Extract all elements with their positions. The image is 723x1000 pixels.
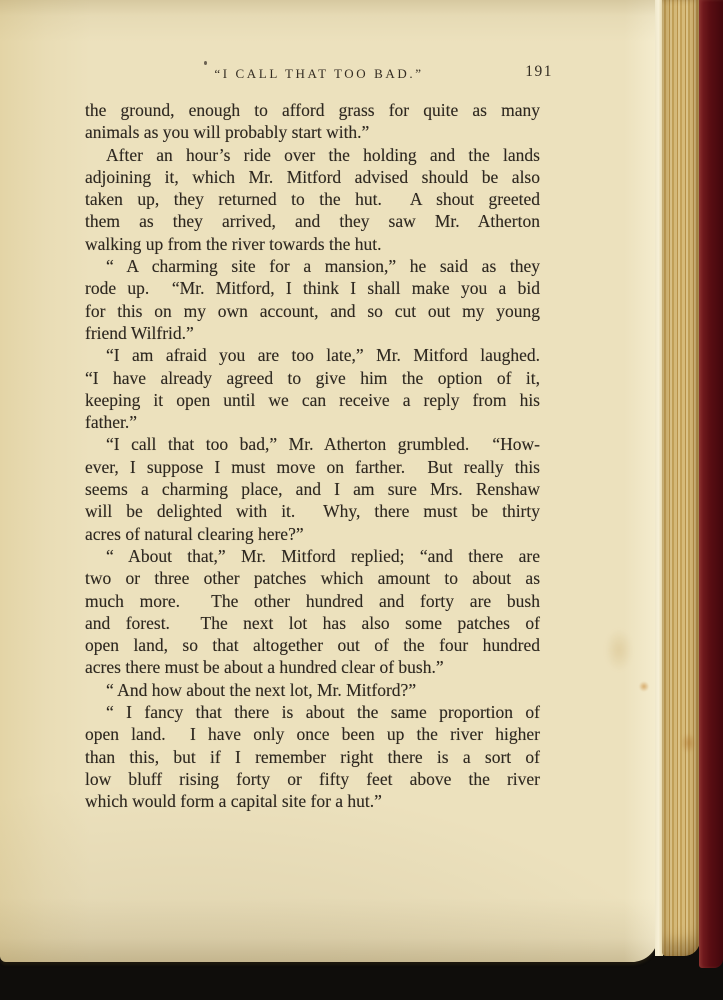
text-line: animals as you will probably start with.…	[85, 121, 540, 143]
text-line: open land, so that altogether out of the…	[85, 634, 540, 656]
text-line: than this, but if I remember right there…	[85, 746, 540, 768]
text-line: “I call that too bad,” Mr. Atherton grum…	[85, 433, 540, 455]
text-line: acres of natural clearing here?”	[85, 523, 540, 545]
paragraph: “ And how about the next lot, Mr. Mitfor…	[85, 679, 540, 701]
text-line: “ I fancy that there is about the same p…	[85, 701, 540, 723]
book-page: “I CALL THAT TOO BAD.” 191 the ground, e…	[0, 0, 658, 962]
text-line: will be delighted with it. Why, there mu…	[85, 500, 540, 522]
text-line: “ And how about the next lot, Mr. Mitfor…	[85, 679, 540, 701]
text-line: ever, I suppose I must move on farther. …	[85, 456, 540, 478]
book-cover-edge	[699, 0, 723, 968]
book-scan-scene: “I CALL THAT TOO BAD.” 191 the ground, e…	[0, 0, 723, 1000]
text-line: “I have already agreed to give him the o…	[85, 367, 540, 389]
paper-stain	[606, 630, 632, 670]
paragraph: “ I fancy that there is about the same p…	[85, 701, 540, 812]
text-line: friend Wilfrid.”	[85, 322, 540, 344]
text-line: open land. I have only once been up the …	[85, 723, 540, 745]
paragraph: “ About that,” Mr. Mitford replied; “and…	[85, 545, 540, 679]
paragraph: “ A charming site for a mansion,” he sai…	[85, 255, 540, 344]
text-line: keeping it open until we can receive a r…	[85, 389, 540, 411]
text-line: adjoining it, which Mr. Mitford advised …	[85, 166, 540, 188]
paragraph: the ground, enough to afford grass for q…	[85, 99, 540, 144]
text-line: them as they arrived, and they saw Mr. A…	[85, 210, 540, 232]
text-line: “I am afraid you are too late,” Mr. Mitf…	[85, 344, 540, 366]
text-line: taken up, they returned to the hut. A sh…	[85, 188, 540, 210]
text-line: two or three other patches which amount …	[85, 567, 540, 589]
text-line: the ground, enough to afford grass for q…	[85, 99, 540, 121]
text-line: walking up from the river towards the hu…	[85, 233, 540, 255]
text-line: rode up. “Mr. Mitford, I think I shall m…	[85, 277, 540, 299]
paragraph: “I am afraid you are too late,” Mr. Mitf…	[85, 344, 540, 433]
text-line: “ A charming site for a mansion,” he sai…	[85, 255, 540, 277]
text-line: for this on my own account, and so cut o…	[85, 300, 540, 322]
page-number: 191	[525, 63, 553, 81]
print-speck	[204, 61, 207, 65]
page-text: the ground, enough to afford grass for q…	[85, 99, 540, 813]
running-title: “I CALL THAT TOO BAD.”	[85, 66, 495, 82]
paper-stain	[681, 733, 696, 753]
paper-stain	[639, 681, 649, 692]
text-line: much more. The other hundred and forty a…	[85, 590, 540, 612]
text-line: After an hour’s ride over the holding an…	[85, 144, 540, 166]
paragraph: “I call that too bad,” Mr. Atherton grum…	[85, 433, 540, 544]
text-line: which would form a capital site for a hu…	[85, 790, 540, 812]
text-line: low bluff rising forty or fifty feet abo…	[85, 768, 540, 790]
paragraph: After an hour’s ride over the holding an…	[85, 144, 540, 255]
text-line: and forest. The next lot has also some p…	[85, 612, 540, 634]
text-line: father.”	[85, 411, 540, 433]
fore-edge-page-stack	[662, 0, 700, 956]
text-line: seems a charming place, and I am sure Mr…	[85, 478, 540, 500]
text-line: “ About that,” Mr. Mitford replied; “and…	[85, 545, 540, 567]
page-header: “I CALL THAT TOO BAD.” 191	[85, 63, 553, 85]
text-line: acres there must be about a hundred clea…	[85, 656, 540, 678]
